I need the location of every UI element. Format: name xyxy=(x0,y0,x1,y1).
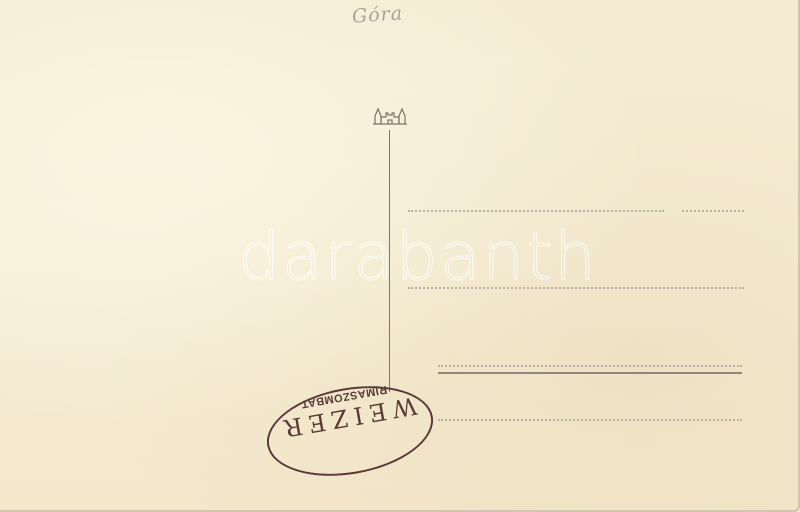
address-line-3 xyxy=(438,365,742,367)
watermark: darabanth xyxy=(238,218,598,295)
castle-icon xyxy=(372,104,408,126)
publisher-stamp: WEIZER RIMASZOMBAT xyxy=(260,374,440,488)
address-underline xyxy=(438,372,742,374)
address-line-4 xyxy=(438,419,742,421)
address-line-1b xyxy=(682,210,744,212)
handwritten-note: Góra xyxy=(351,2,403,28)
postcard-back: Góra darabanth WEIZER RIMASZOMBAT xyxy=(0,0,800,512)
address-line-1 xyxy=(408,210,664,212)
